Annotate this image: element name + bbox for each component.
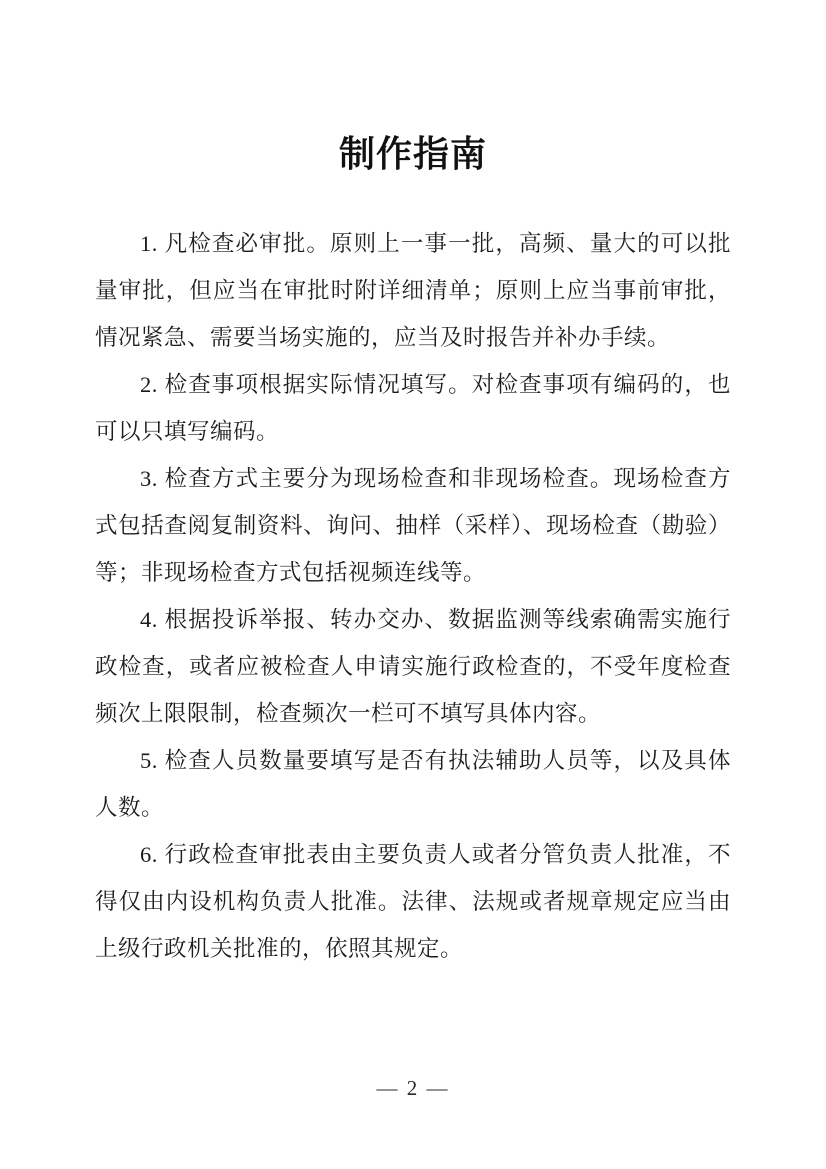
document-body: 1. 凡检查必审批。原则上一事一批，高频、量大的可以批量审批，但应当在审批时附详… bbox=[95, 220, 731, 972]
paragraph-6: 6. 行政检查审批表由主要负责人或者分管负责人批准，不得仅由内设机构负责人批准。… bbox=[95, 831, 731, 972]
paragraph-4: 4. 根据投诉举报、转办交办、数据监测等线索确需实施行政检查，或者应被检查人申请… bbox=[95, 596, 731, 737]
paragraph-2: 2. 检查事项根据实际情况填写。对检查事项有编码的，也可以只填写编码。 bbox=[95, 361, 731, 455]
page-number: — 2 — bbox=[0, 1076, 826, 1101]
document-page: 制作指南 1. 凡检查必审批。原则上一事一批，高频、量大的可以批量审批，但应当在… bbox=[0, 0, 826, 1169]
paragraph-3: 3. 检查方式主要分为现场检查和非现场检查。现场检查方式包括查阅复制资料、询问、… bbox=[95, 455, 731, 596]
page-title: 制作指南 bbox=[0, 0, 826, 178]
paragraph-1: 1. 凡检查必审批。原则上一事一批，高频、量大的可以批量审批，但应当在审批时附详… bbox=[95, 220, 731, 361]
paragraph-5: 5. 检查人员数量要填写是否有执法辅助人员等，以及具体人数。 bbox=[95, 737, 731, 831]
